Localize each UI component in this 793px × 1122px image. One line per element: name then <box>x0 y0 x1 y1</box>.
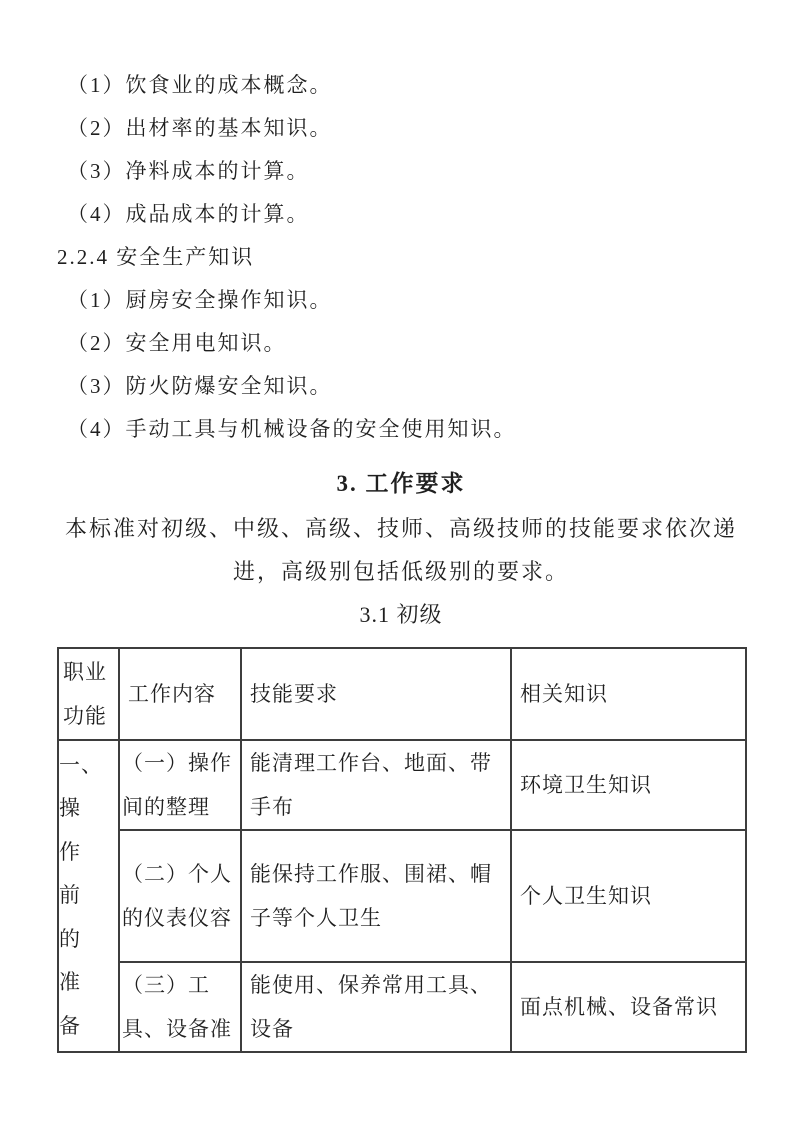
list-item: （1）厨房安全操作知识。 <box>57 279 745 322</box>
list-item: （4）成品成本的计算。 <box>57 193 745 236</box>
header-related-knowledge: 相关知识 <box>511 648 746 740</box>
cell-skill-requirement: 能使用、保养常用工具、设备 <box>241 962 511 1052</box>
intro-paragraph: 本标准对初级、中级、高级、技师、高级技师的技能要求依次递进，高级别包括低级别的要… <box>57 507 745 593</box>
list-item: （2）安全用电知识。 <box>57 322 745 365</box>
subsection-heading-3-1: 3.1 初级 <box>57 593 745 636</box>
cost-knowledge-list: （1）饮食业的成本概念。 （2）出材率的基本知识。 （3）净料成本的计算。 （4… <box>57 64 745 236</box>
list-item: （3）净料成本的计算。 <box>57 150 745 193</box>
table-row: 一、 操 作 前 的 准 备 （一）操作间的整理 能清理工作台、地面、带手布 环… <box>58 740 746 830</box>
function-label-line: 前 <box>59 874 118 918</box>
cell-skill-requirement: 能保持工作服、围裙、帽子等个人卫生 <box>241 830 511 962</box>
function-label-line: 准 <box>59 961 118 1005</box>
cell-related-knowledge: 个人卫生知识 <box>511 830 746 962</box>
function-label-line: 备 <box>59 1005 118 1049</box>
section-heading-2-2-4: 2.2.4 安全生产知识 <box>57 236 745 279</box>
cell-work-content: （三）工具、设备准 <box>119 962 241 1052</box>
work-requirements-heading: 3. 工作要求 <box>57 461 745 507</box>
header-work-content: 工作内容 <box>119 648 241 740</box>
list-item: （4）手动工具与机械设备的安全使用知识。 <box>57 408 745 451</box>
cell-occupational-function: 一、 操 作 前 的 准 备 <box>58 740 119 1052</box>
list-item: （2）出材率的基本知识。 <box>57 107 745 150</box>
cell-work-content: （二）个人的仪表仪容 <box>119 830 241 962</box>
header-occupational-function: 职业功能 <box>58 648 119 740</box>
function-label-line: 的 <box>59 918 118 962</box>
function-label-line: 操 <box>59 787 118 831</box>
document-page: （1）饮食业的成本概念。 （2）出材率的基本知识。 （3）净料成本的计算。 （4… <box>0 0 793 1122</box>
list-item: （3）防火防爆安全知识。 <box>57 365 745 408</box>
header-skill-requirement: 技能要求 <box>241 648 511 740</box>
cell-related-knowledge: 环境卫生知识 <box>511 740 746 830</box>
skill-requirements-table: 职业功能 工作内容 技能要求 相关知识 一、 操 作 前 的 准 备 （一）操作… <box>57 647 747 1053</box>
table-header-row: 职业功能 工作内容 技能要求 相关知识 <box>58 648 746 740</box>
safety-knowledge-list: （1）厨房安全操作知识。 （2）安全用电知识。 （3）防火防爆安全知识。 （4）… <box>57 279 745 451</box>
cell-work-content: （一）操作间的整理 <box>119 740 241 830</box>
cell-related-knowledge: 面点机械、设备常识 <box>511 962 746 1052</box>
cell-skill-requirement: 能清理工作台、地面、带手布 <box>241 740 511 830</box>
list-item: （1）饮食业的成本概念。 <box>57 64 745 107</box>
table-row: （二）个人的仪表仪容 能保持工作服、围裙、帽子等个人卫生 个人卫生知识 <box>58 830 746 962</box>
table-row: （三）工具、设备准 能使用、保养常用工具、设备 面点机械、设备常识 <box>58 962 746 1052</box>
function-label-line: 一、 <box>59 744 118 788</box>
function-label-line: 作 <box>59 831 118 875</box>
